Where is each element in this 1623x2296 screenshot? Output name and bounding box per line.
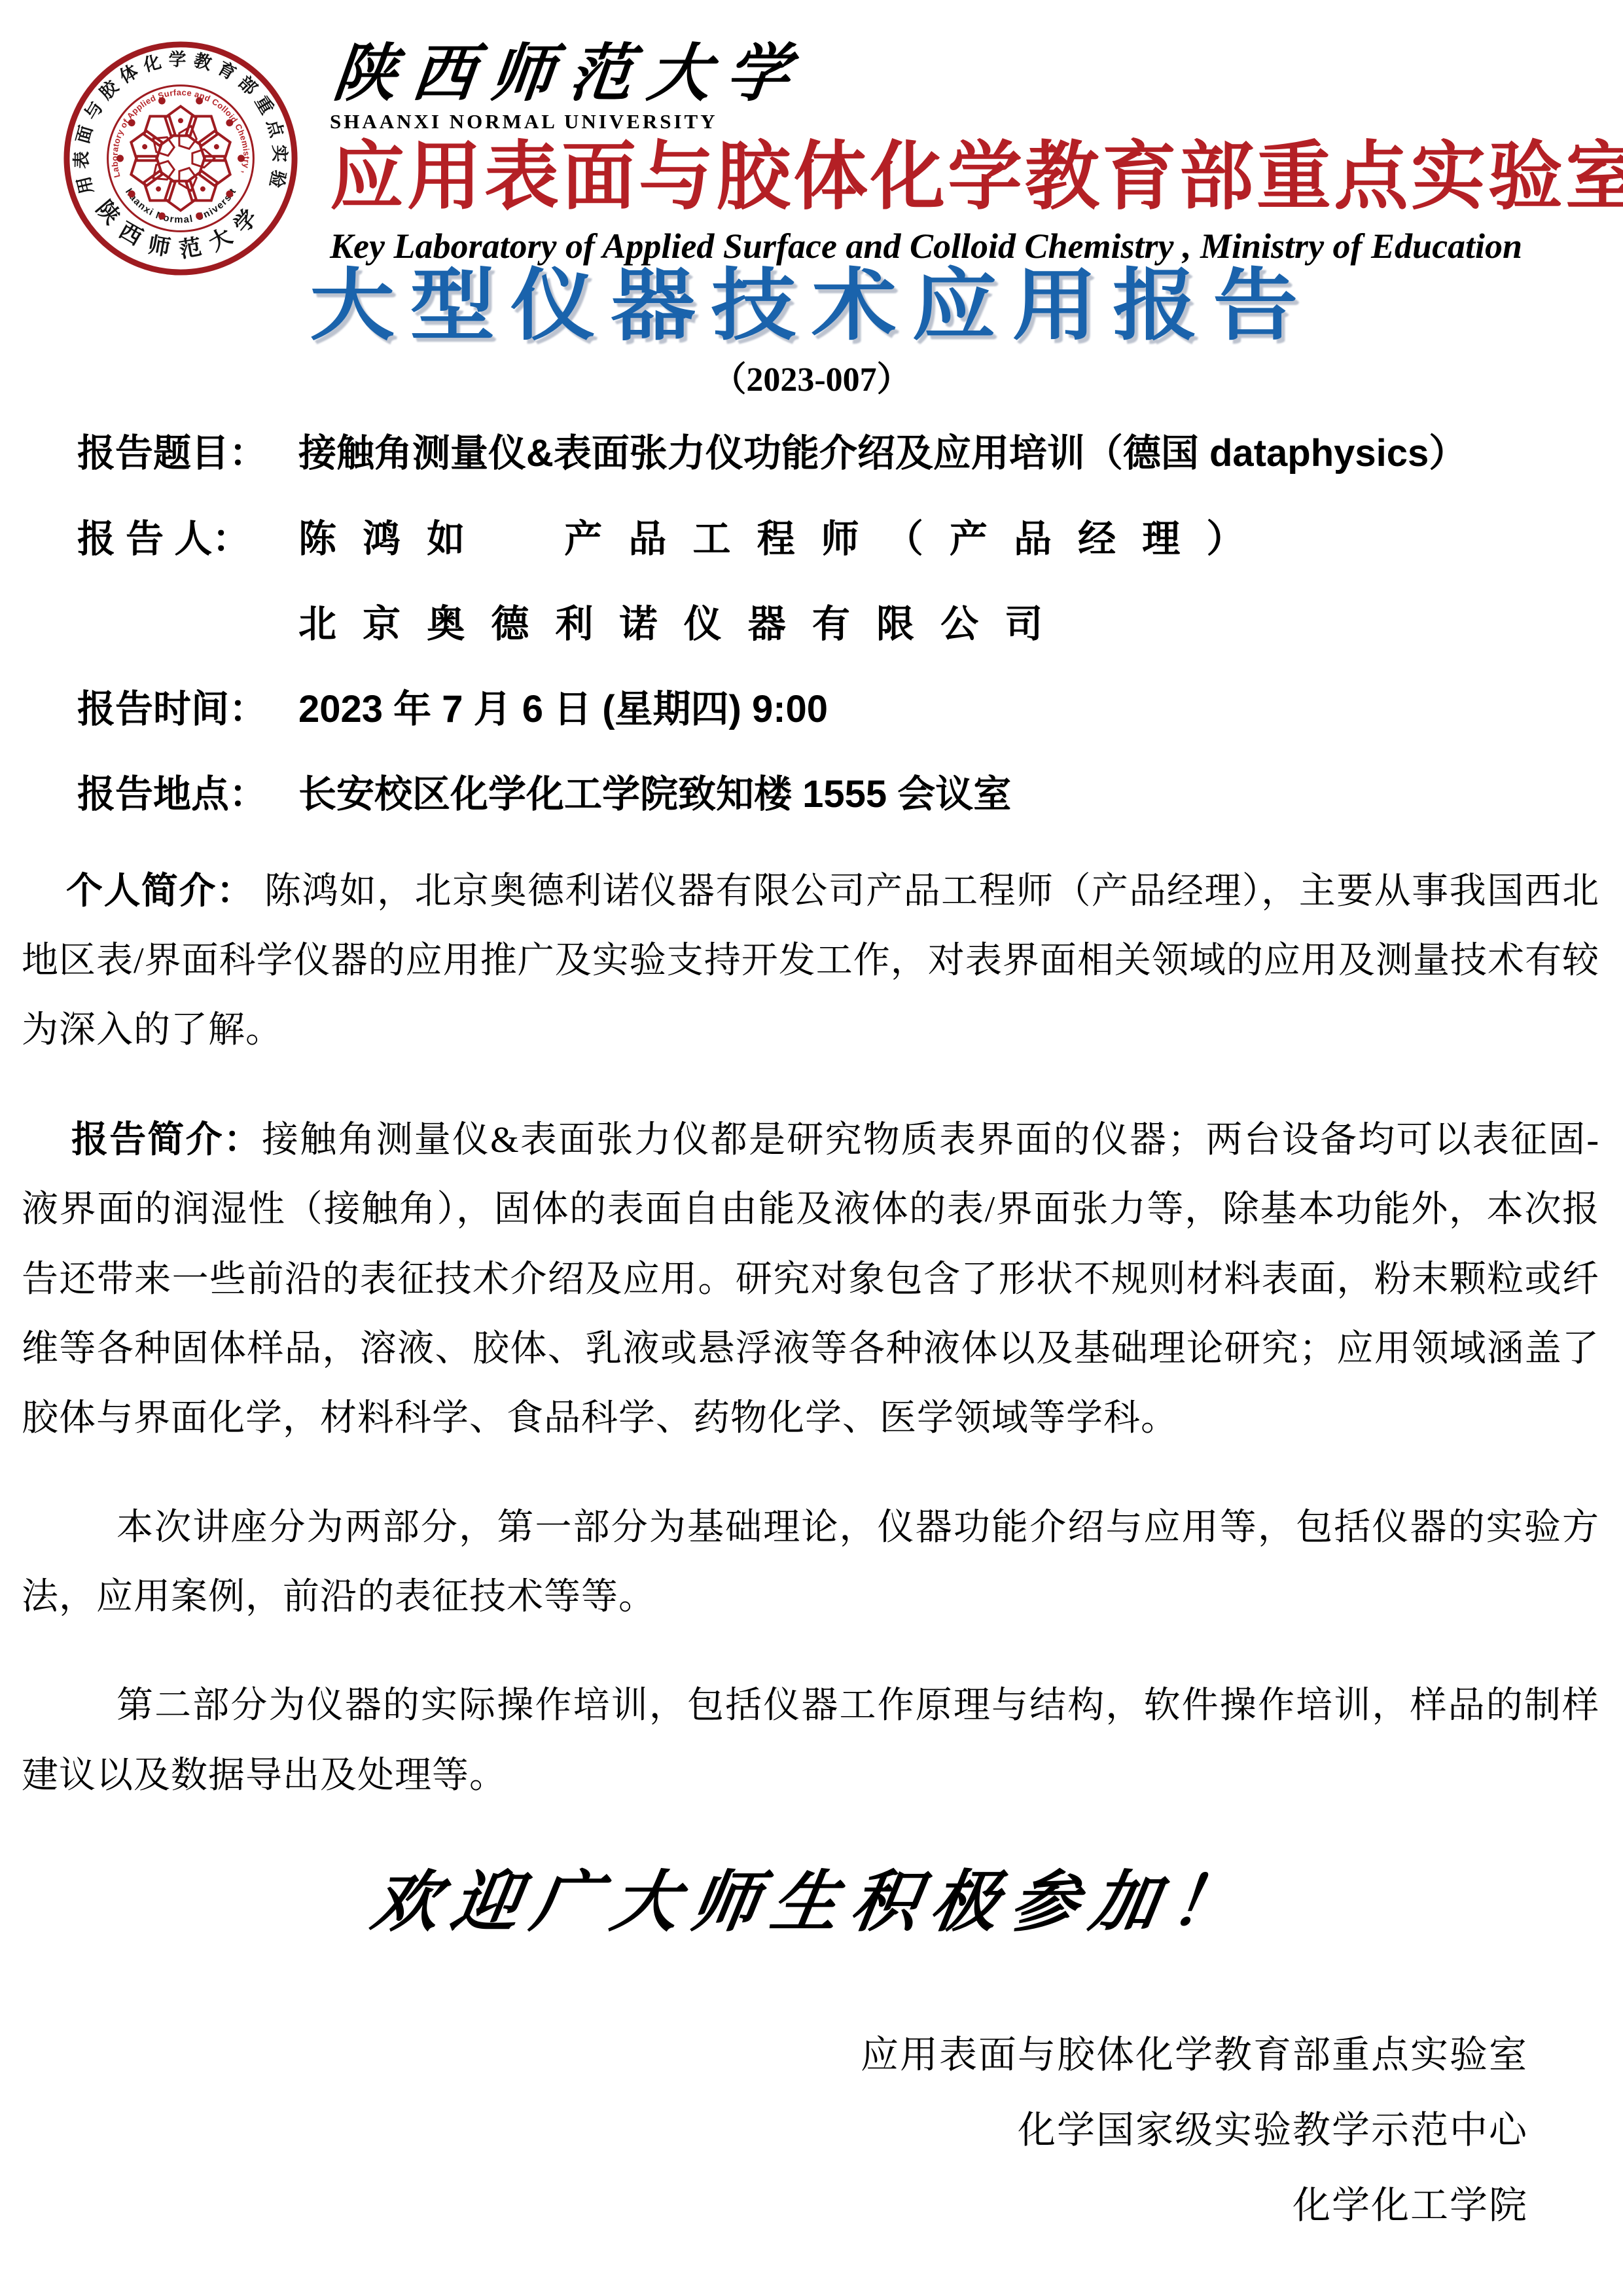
lab-title-cn: 应用表面与胶体化学教育部重点实验室 [330,137,1603,217]
detail-label: 报 告 人： [77,515,298,564]
report-details: 报告题目： 接触角测量仪&表面张力仪功能介绍及应用培训（德国 dataphysi… [77,429,1538,819]
paragraph-text: 本次讲座分为两部分，第一部分为基础理论，仪器功能介绍与应用等，包括仪器的实验方法… [22,1507,1599,1617]
detail-value: 接触角测量仪&表面张力仪功能介绍及应用培训（德国 dataphysics） [298,429,1538,478]
detail-row-company: 北 京 奥 德 利 诺 仪 器 有 限 公 司 [77,600,1538,649]
university-name-calligraphy: 陕西师范大学 [330,38,1611,110]
detail-label: 报告题目： [77,429,298,478]
paragraph-speaker-bio: 个人简介： 陈鸿如，北京奥德利诺仪器有限公司产品工程师（产品经理），主要从事我国… [22,856,1599,1066]
report-series-title: 大型仪器技术应用报告 [0,260,1623,351]
signature-block: 应用表面与胶体化学教育部重点实验室 化学国家级实验教学示范中心 化学化工学院 [0,2018,1623,2243]
paragraph-lead: 报告简介： [71,1119,262,1160]
detail-row-time: 报告时间： 2023 年 7 月 6 日 (星期四) 9:00 [77,685,1538,734]
detail-value: 长安校区化学化工学院致知楼 1555 会议室 [298,770,1538,819]
signature-line-school: 化学化工学院 [0,2168,1528,2244]
detail-row-location: 报告地点： 长安校区化学化工学院致知楼 1555 会议室 [77,770,1538,819]
detail-label: 报告地点： [77,770,298,819]
body-text: 个人简介： 陈鸿如，北京奥德利诺仪器有限公司产品工程师（产品经理），主要从事我国… [0,856,1623,1811]
paragraph-text: 接触角测量仪&表面张力仪都是研究物质表界面的仪器；两台设备均可以表征固-液界面的… [22,1120,1599,1439]
signature-line-lab: 应用表面与胶体化学教育部重点实验室 [0,2018,1528,2093]
lab-title-en: Key Laboratory of Applied Surface and Co… [330,227,1603,266]
signature-line-center: 化学国家级实验教学示范中心 [0,2093,1528,2168]
paragraph-lead: 个人简介： [66,870,254,911]
detail-label [77,600,298,649]
header-text: 陕西师范大学 SHAANXI NORMAL UNIVERSITY 应用表面与胶体… [330,38,1603,266]
paragraph-part-two: 第二部分为仪器的实际操作培训，包括仪器工作原理与结构，软件操作培训，样品的制样建… [22,1671,1599,1810]
detail-value: 北 京 奥 德 利 诺 仪 器 有 限 公 司 [298,600,1538,649]
document-page: 应用表面与胶体化学教育部重点实验室 陕西师范大学 Key Laboratory … [0,0,1623,2296]
paragraph-text: 陈鸿如，北京奥德利诺仪器有限公司产品工程师（产品经理），主要从事我国西北地区表/… [22,871,1599,1051]
paragraph-report-abstract: 报告简介：接触角测量仪&表面张力仪都是研究物质表界面的仪器；两台设备均可以表征固… [22,1105,1599,1454]
detail-value: 2023 年 7 月 6 日 (星期四) 9:00 [298,685,1538,734]
detail-row-topic: 报告题目： 接触角测量仪&表面张力仪功能介绍及应用培训（德国 dataphysi… [77,429,1538,478]
paragraph-part-one: 本次讲座分为两部分，第一部分为基础理论，仪器功能介绍与应用等，包括仪器的实验方法… [22,1493,1599,1632]
detail-label: 报告时间： [77,685,298,734]
detail-value: 陈 鸿 如 产 品 工 程 师 （ 产 品 经 理 ） [298,515,1538,564]
welcome-calligraphy: 欢迎广大师生积极参加！ [0,1860,1623,1947]
document-number: （2023-007） [0,360,1623,401]
paragraph-text: 第二部分为仪器的实际操作培训，包括仪器工作原理与结构，软件操作培训，样品的制样建… [22,1685,1599,1795]
detail-row-speaker: 报 告 人： 陈 鸿 如 产 品 工 程 师 （ 产 品 经 理 ） [77,515,1538,564]
university-name-en: SHAANXI NORMAL UNIVERSITY [330,111,1603,132]
header: 应用表面与胶体化学教育部重点实验室 陕西师范大学 Key Laboratory … [0,0,1623,243]
lab-seal-logo: 应用表面与胶体化学教育部重点实验室 陕西师范大学 Key Laboratory … [60,38,301,279]
